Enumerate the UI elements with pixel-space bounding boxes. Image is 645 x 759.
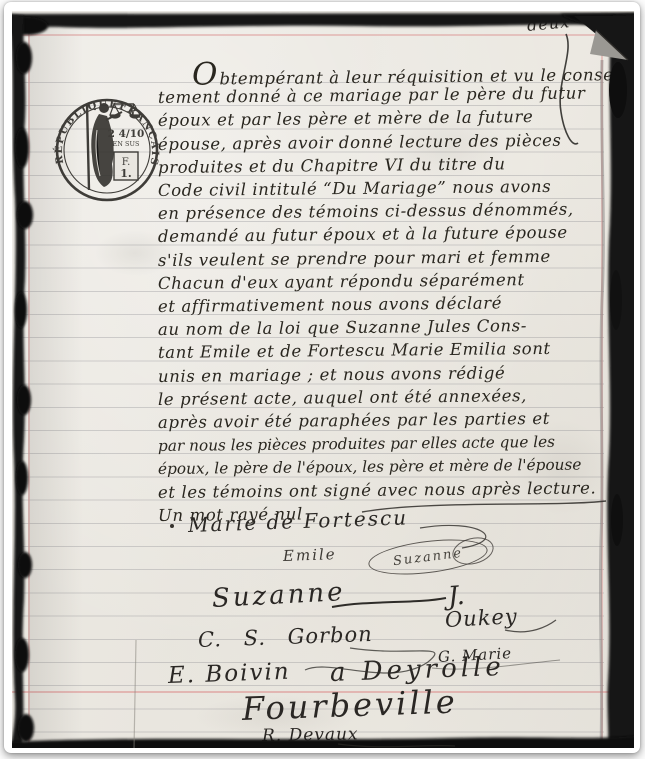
scan-edge-right (600, 14, 634, 748)
signature-oukey: Oukey (444, 604, 518, 632)
margin-line-left (28, 18, 30, 744)
manuscript-line: et les témoins ont signé avec nous après… (158, 476, 597, 505)
margin-line-right (601, 16, 603, 746)
ink-dot (170, 524, 174, 528)
folio-number: deux (526, 12, 571, 35)
signature-e-boivin: E. Boivin (168, 659, 292, 689)
signature-emile: Emile (283, 545, 337, 565)
signature-fourbeville: Fourbeville (241, 682, 458, 728)
corner-fold (574, 16, 634, 60)
signature-deyrolle: a Deyrolle (329, 652, 505, 688)
margin-line-top (12, 34, 634, 36)
register-page-scan: deux Obtempérant à leur réquisition et v… (12, 11, 634, 748)
signature-r-devaux: R. Devaux (262, 724, 359, 746)
